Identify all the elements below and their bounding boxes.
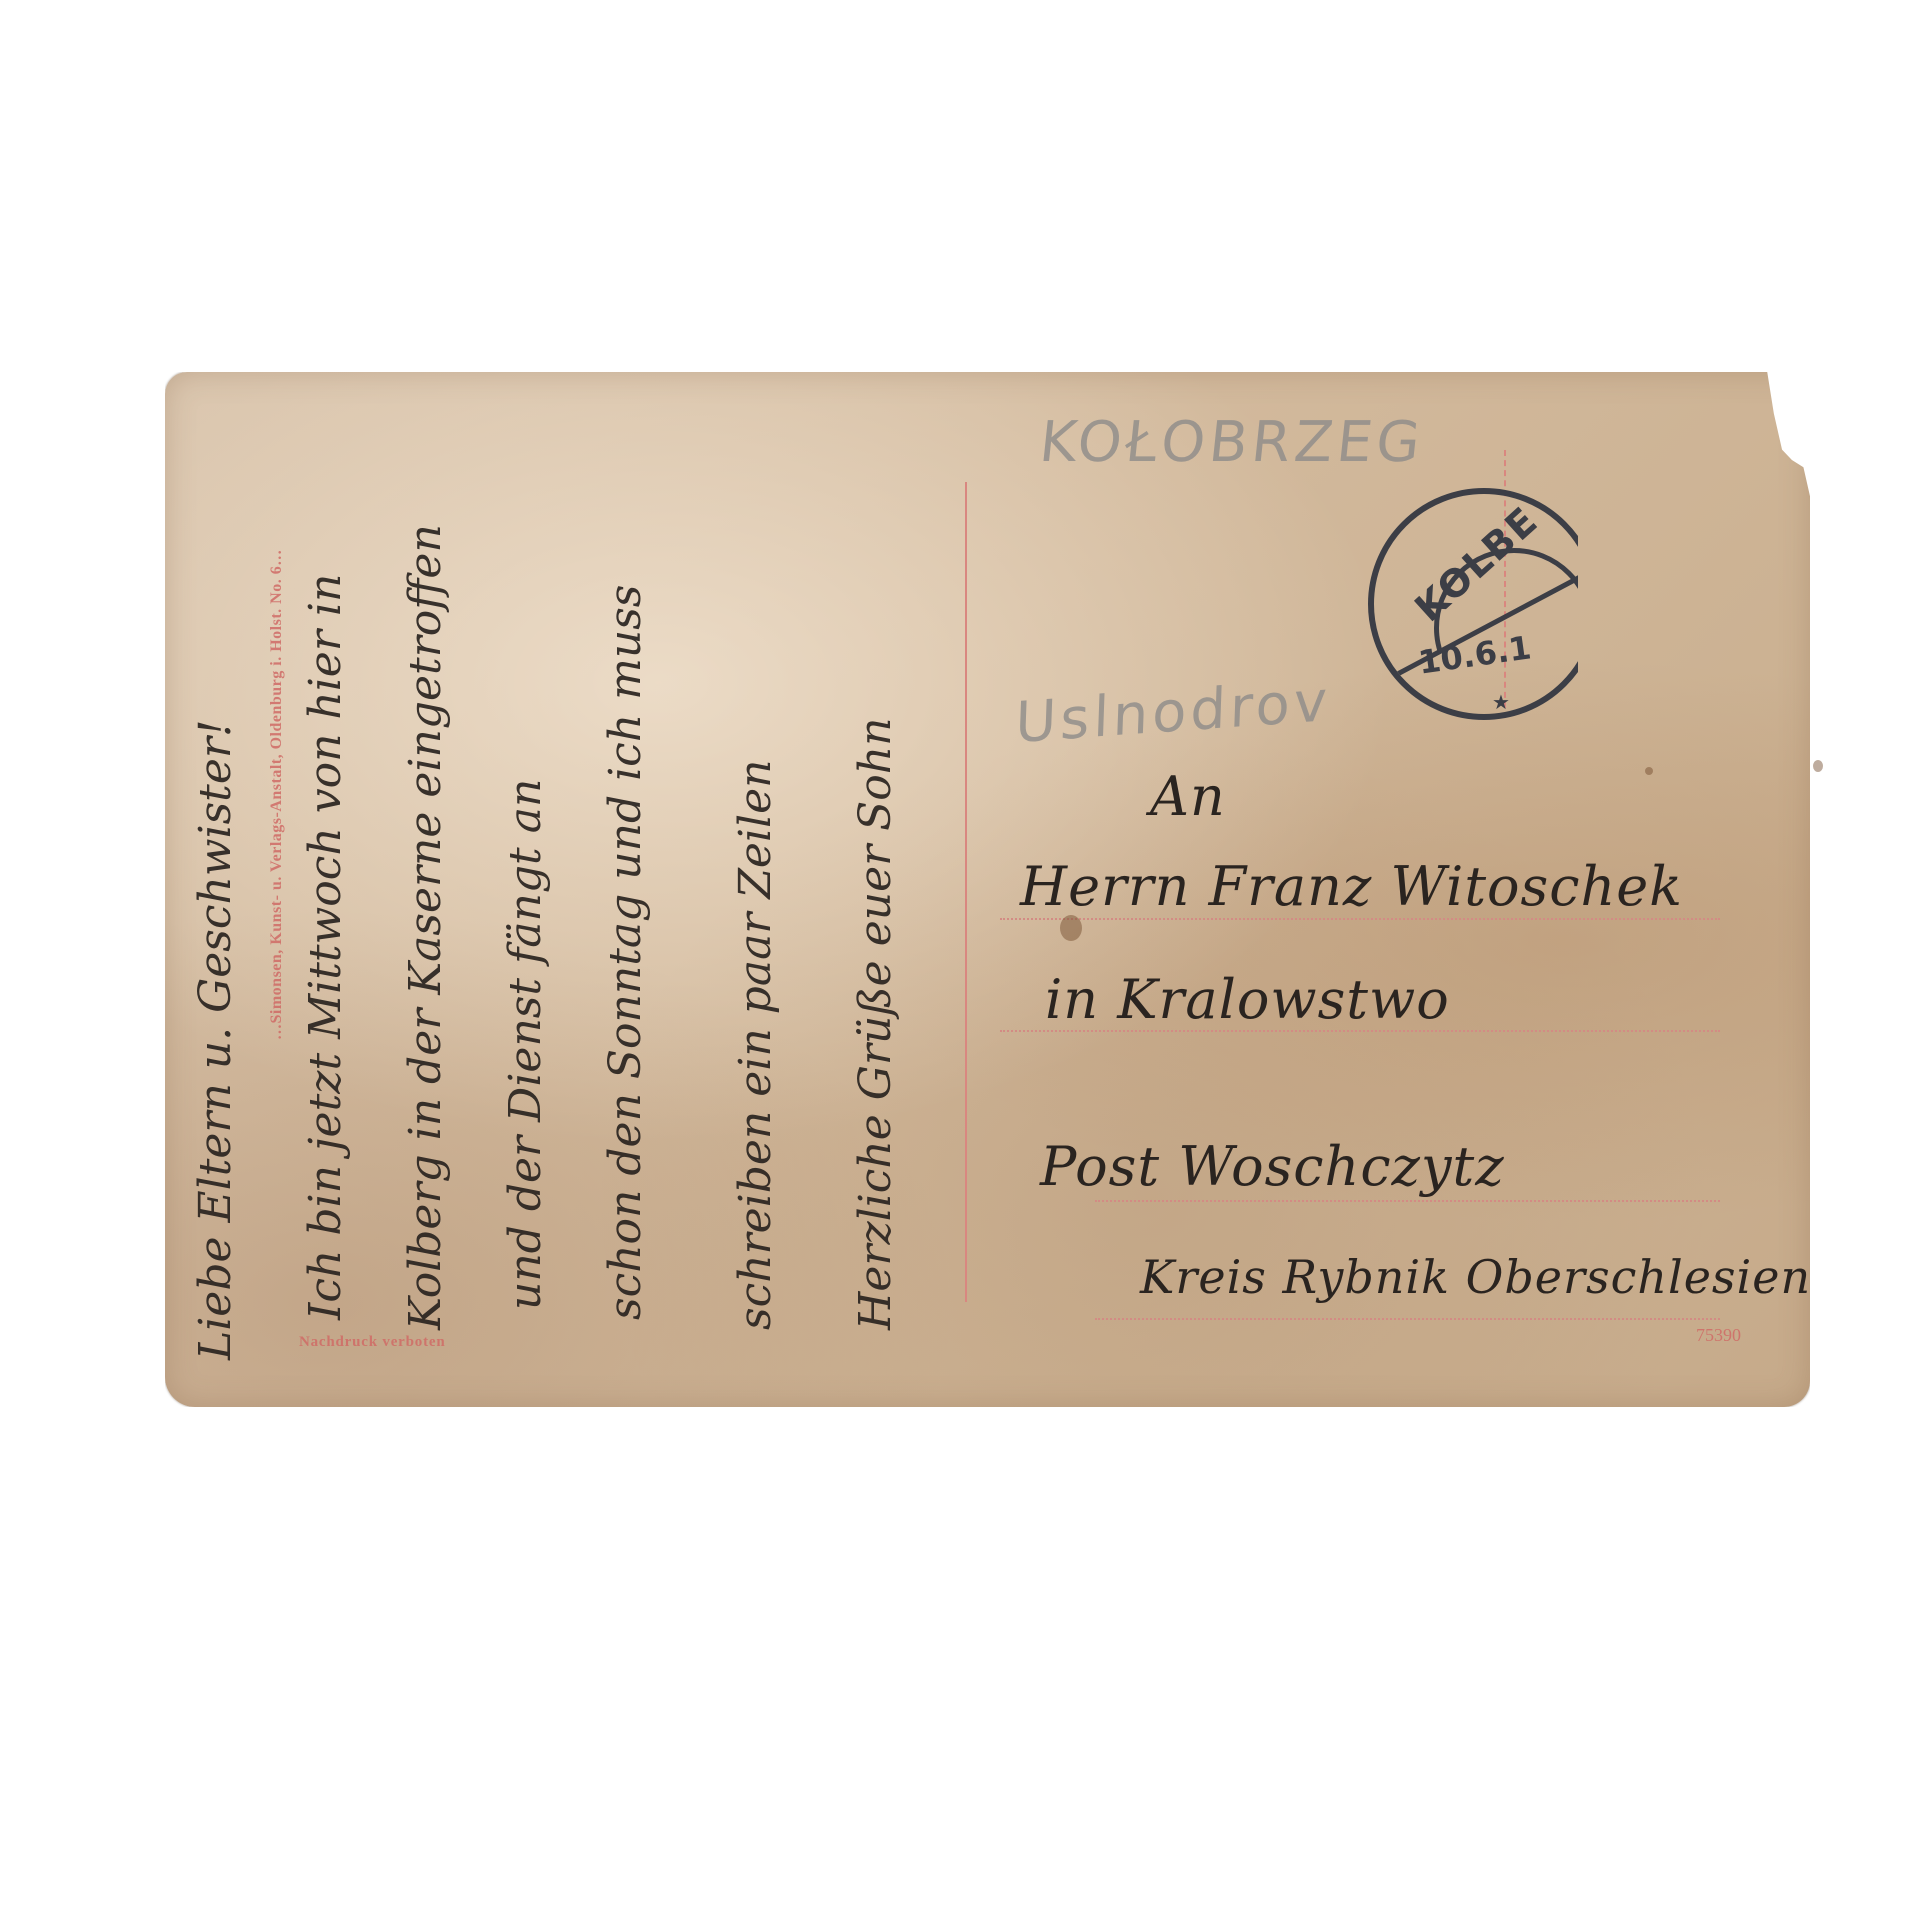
pencil-city-note: KOŁOBRZEG xyxy=(1037,410,1428,475)
reprint-notice: Nachdruck verboten xyxy=(299,1334,445,1351)
postmark-date: 10.6.1 xyxy=(1416,628,1534,681)
message-line-6: schreiben ein paar Zeilen xyxy=(730,760,781,1330)
catalog-number: 75390 xyxy=(1696,1325,1741,1346)
address-line-4: Kreis Rybnik Oberschlesien xyxy=(1140,1250,1811,1304)
postmark-cancel: KOLBE 10.6.1 ★ xyxy=(1368,488,1600,720)
postmark-star-icon: ★ xyxy=(1492,690,1510,715)
address-rule-3 xyxy=(1095,1200,1720,1202)
address-rule-1 xyxy=(1000,918,1720,920)
message-line-5: schon den Sonntag und ich muss xyxy=(600,585,651,1320)
publisher-imprint: …Simonsen, Kunst- u. Verlags-Anstalt, Ol… xyxy=(268,549,286,1040)
address-line-2: in Kralowstwo xyxy=(1045,968,1450,1031)
message-line-1: Liebe Eltern u. Geschwister! xyxy=(190,719,241,1360)
message-line-4: und der Dienst fängt an xyxy=(500,779,551,1310)
ink-stain xyxy=(1645,767,1653,775)
message-line-3: Kolberg in der Kaserne eingetroffen xyxy=(400,524,451,1330)
address-rule-4 xyxy=(1095,1318,1720,1320)
address-line-3: Post Woschczytz xyxy=(1040,1135,1505,1198)
address-salutation: An xyxy=(1150,765,1226,828)
address-line-1: Herrn Franz Witoschek xyxy=(1020,855,1683,918)
message-line-2: Ich bin jetzt Mittwoch von hier in xyxy=(300,574,351,1320)
ink-stain xyxy=(1813,760,1823,772)
message-line-7: Herzliche Grüße euer Sohn xyxy=(850,718,901,1330)
ink-stain xyxy=(1060,915,1082,941)
message-address-divider xyxy=(965,482,967,1302)
